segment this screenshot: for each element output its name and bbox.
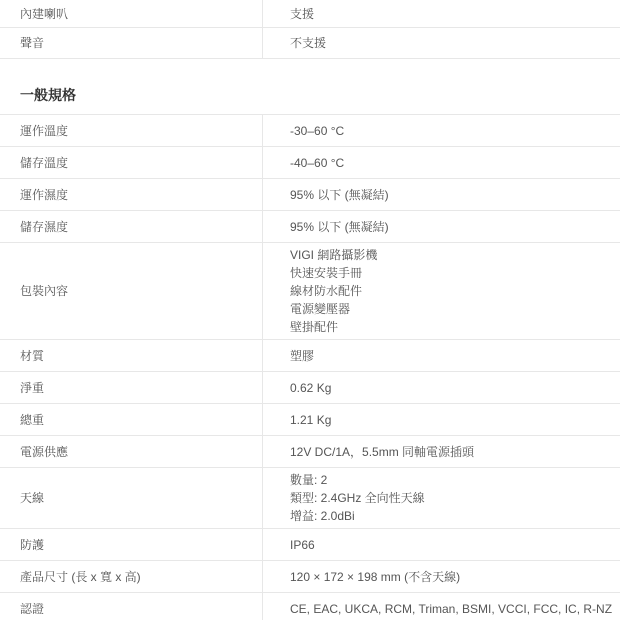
section-heading-general-specs: 一般規格 (20, 85, 620, 105)
spec-value-line: 120 × 172 × 198 mm (不含天線) (290, 568, 608, 586)
spec-label: 包裝內容 (0, 243, 263, 339)
spec-row: 電源供應12V DC/1A，5.5mm 同軸電源插頭 (0, 436, 620, 468)
spec-row: 儲存濕度95% 以下 (無凝結) (0, 211, 620, 243)
spec-value: CE, EAC, UKCA, RCM, Triman, BSMI, VCCI, … (263, 593, 620, 620)
spec-value: 120 × 172 × 198 mm (不含天線) (263, 561, 620, 592)
spec-row: 儲存溫度-40–60 °C (0, 147, 620, 179)
spec-row: 內建喇叭支援 (0, 0, 620, 28)
spec-value-line: IP66 (290, 536, 608, 554)
spec-label: 儲存濕度 (0, 211, 263, 242)
spec-value-line: 類型: 2.4GHz 全向性天線 (290, 489, 608, 507)
spec-label: 聲音 (0, 28, 263, 58)
spec-row: 防護IP66 (0, 529, 620, 561)
spec-value-line: -40–60 °C (290, 154, 608, 172)
spec-value-line: 數量: 2 (290, 471, 608, 489)
spec-value-line: 1.21 Kg (290, 411, 608, 429)
spec-row: 總重1.21 Kg (0, 404, 620, 436)
spec-value-line: 12V DC/1A，5.5mm 同軸電源插頭 (290, 443, 608, 461)
spec-value-line: 不支援 (290, 34, 608, 52)
spec-value: 95% 以下 (無凝結) (263, 211, 620, 242)
spec-value-line: VIGI 網路攝影機 (290, 246, 608, 264)
spec-value: 1.21 Kg (263, 404, 620, 435)
spec-value: 95% 以下 (無凝結) (263, 179, 620, 210)
spec-value-line: 快速安裝手冊 (290, 264, 608, 282)
spec-value: IP66 (263, 529, 620, 560)
spec-label: 運作濕度 (0, 179, 263, 210)
spec-value-line: 增益: 2.0dBi (290, 507, 608, 525)
spec-value: 塑膠 (263, 340, 620, 371)
spec-value: 0.62 Kg (263, 372, 620, 403)
spec-label: 電源供應 (0, 436, 263, 467)
spec-label: 儲存溫度 (0, 147, 263, 178)
spec-row: 認證CE, EAC, UKCA, RCM, Triman, BSMI, VCCI… (0, 593, 620, 620)
spec-table-audio: 內建喇叭支援聲音不支援 (0, 0, 620, 59)
spec-value-line: 壁掛配件 (290, 318, 608, 336)
spec-value-line: 塑膠 (290, 347, 608, 365)
spec-label: 產品尺寸 (長 x 寬 x 高) (0, 561, 263, 592)
product-spec-page: 內建喇叭支援聲音不支援 一般規格 運作溫度-30–60 °C儲存溫度-40–60… (0, 0, 620, 620)
spec-row: 天線數量: 2類型: 2.4GHz 全向性天線增益: 2.0dBi (0, 468, 620, 529)
spec-table-general: 運作溫度-30–60 °C儲存溫度-40–60 °C運作濕度95% 以下 (無凝… (0, 114, 620, 620)
spec-row: 淨重0.62 Kg (0, 372, 620, 404)
spec-row: 產品尺寸 (長 x 寬 x 高)120 × 172 × 198 mm (不含天線… (0, 561, 620, 593)
spec-value: -30–60 °C (263, 115, 620, 146)
spec-row: 材質塑膠 (0, 340, 620, 372)
spec-value: 支援 (263, 0, 620, 27)
spec-label: 防護 (0, 529, 263, 560)
spec-row: 運作濕度95% 以下 (無凝結) (0, 179, 620, 211)
spec-label: 認證 (0, 593, 263, 620)
spec-value-line: 95% 以下 (無凝結) (290, 218, 608, 236)
spec-row: 運作溫度-30–60 °C (0, 115, 620, 147)
spec-value-line: 電源變壓器 (290, 300, 608, 318)
spec-value: 數量: 2類型: 2.4GHz 全向性天線增益: 2.0dBi (263, 468, 620, 528)
spec-row: 聲音不支援 (0, 28, 620, 59)
spec-row: 包裝內容VIGI 網路攝影機快速安裝手冊線材防水配件電源變壓器壁掛配件 (0, 243, 620, 340)
spec-label: 運作溫度 (0, 115, 263, 146)
spec-value: -40–60 °C (263, 147, 620, 178)
spec-label: 淨重 (0, 372, 263, 403)
spec-value: VIGI 網路攝影機快速安裝手冊線材防水配件電源變壓器壁掛配件 (263, 243, 620, 339)
spec-value: 不支援 (263, 28, 620, 58)
spec-value-line: 支援 (290, 5, 608, 23)
spec-value: 12V DC/1A，5.5mm 同軸電源插頭 (263, 436, 620, 467)
spec-label: 材質 (0, 340, 263, 371)
spec-label: 內建喇叭 (0, 0, 263, 27)
spec-value-line: 線材防水配件 (290, 282, 608, 300)
spec-value-line: 0.62 Kg (290, 379, 608, 397)
spec-label: 總重 (0, 404, 263, 435)
spec-value-line: 95% 以下 (無凝結) (290, 186, 608, 204)
spec-value-line: -30–60 °C (290, 122, 608, 140)
spec-value-line: CE, EAC, UKCA, RCM, Triman, BSMI, VCCI, … (290, 600, 612, 618)
spec-label: 天線 (0, 468, 263, 528)
